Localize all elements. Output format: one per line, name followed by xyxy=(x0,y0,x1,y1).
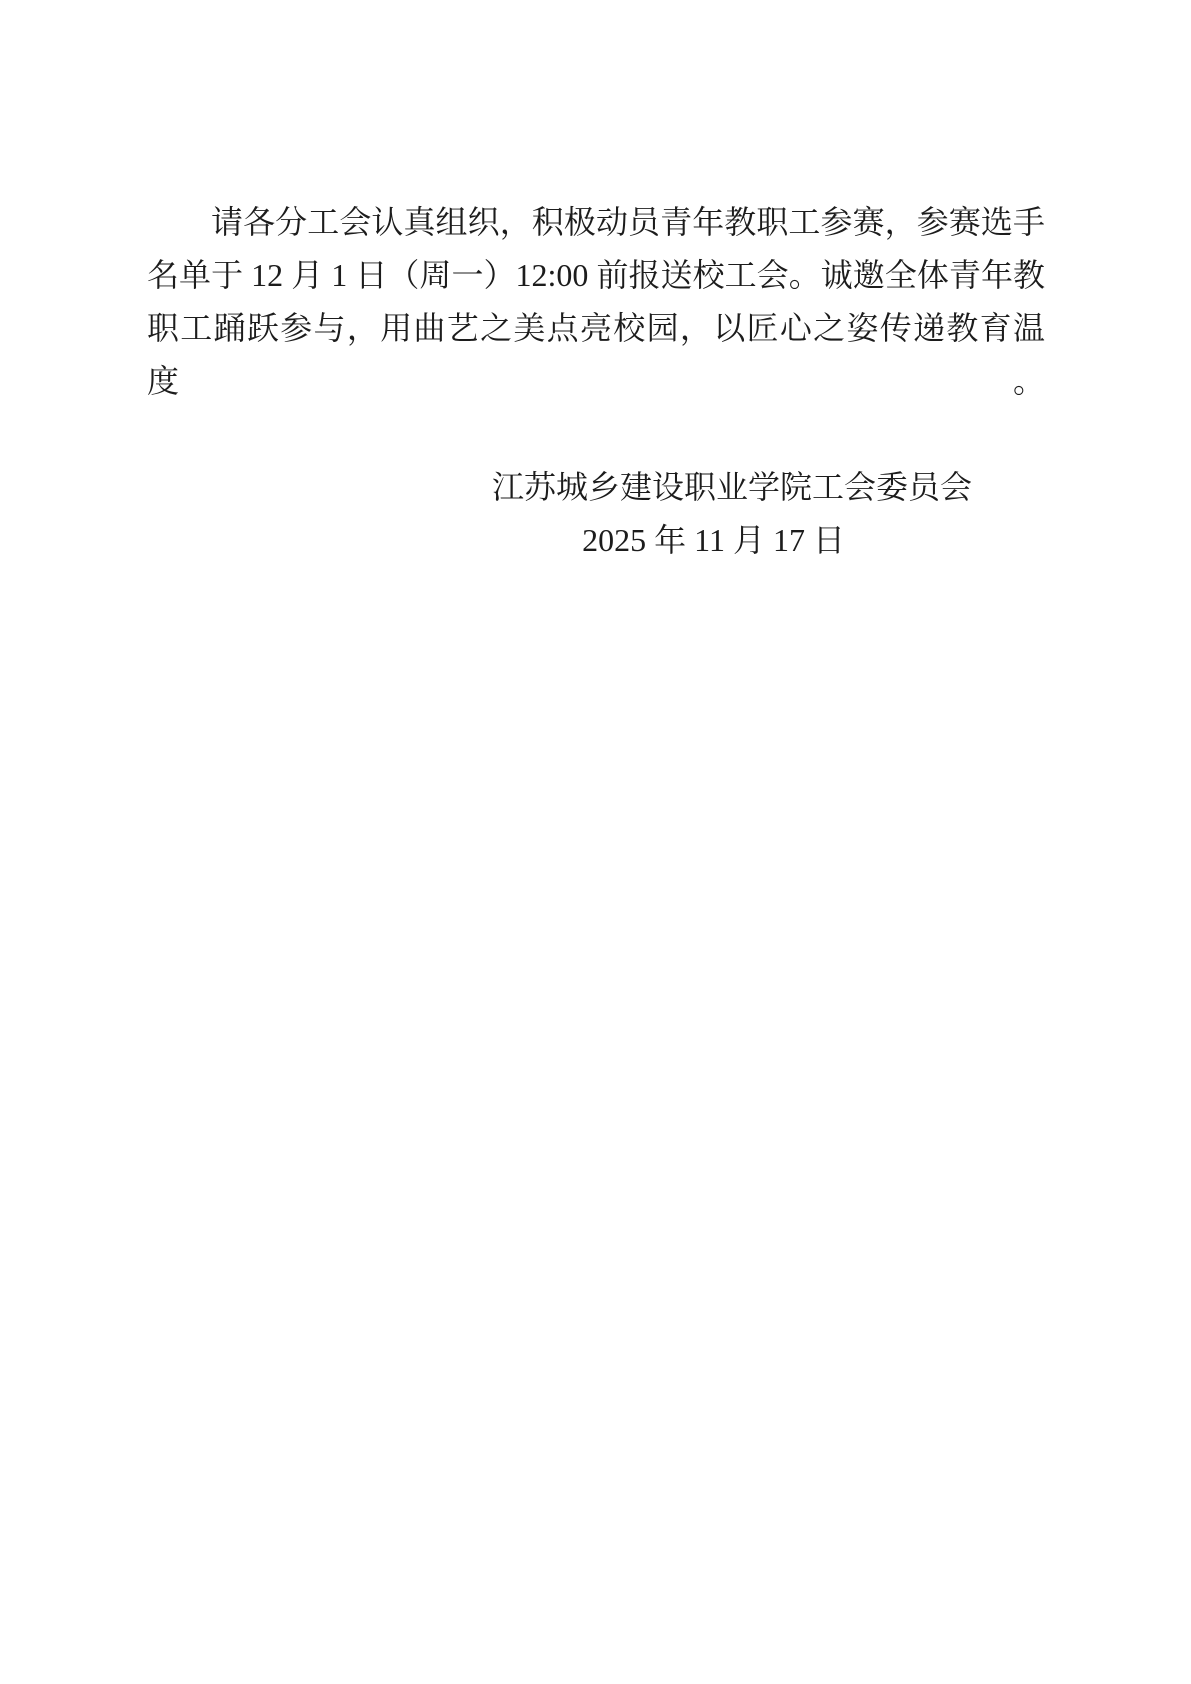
closing-block: 江苏城乡建设职业学院工会委员会 2025 年 11 月 17 日 xyxy=(147,461,1045,567)
paragraph-line-3: 职工踊跃参与，用曲艺之美点亮校园，以匠心之姿传递教育温度。 xyxy=(147,302,1045,408)
paragraph-line-2: 名单于 12 月 1 日（周一）12:00 前报送校工会。诚邀全体青年教 xyxy=(147,249,1045,302)
document-page: 请各分工会认真组织，积极动员青年教职工参赛，参赛选手 名单于 12 月 1 日（… xyxy=(0,0,1191,1684)
paragraph-line-1: 请各分工会认真组织，积极动员青年教职工参赛，参赛选手 xyxy=(147,196,1045,249)
body-paragraph: 请各分工会认真组织，积极动员青年教职工参赛，参赛选手 名单于 12 月 1 日（… xyxy=(147,196,1045,408)
date-line: 2025 年 11 月 17 日 xyxy=(147,514,1045,567)
signature-line: 江苏城乡建设职业学院工会委员会 xyxy=(147,461,1045,514)
